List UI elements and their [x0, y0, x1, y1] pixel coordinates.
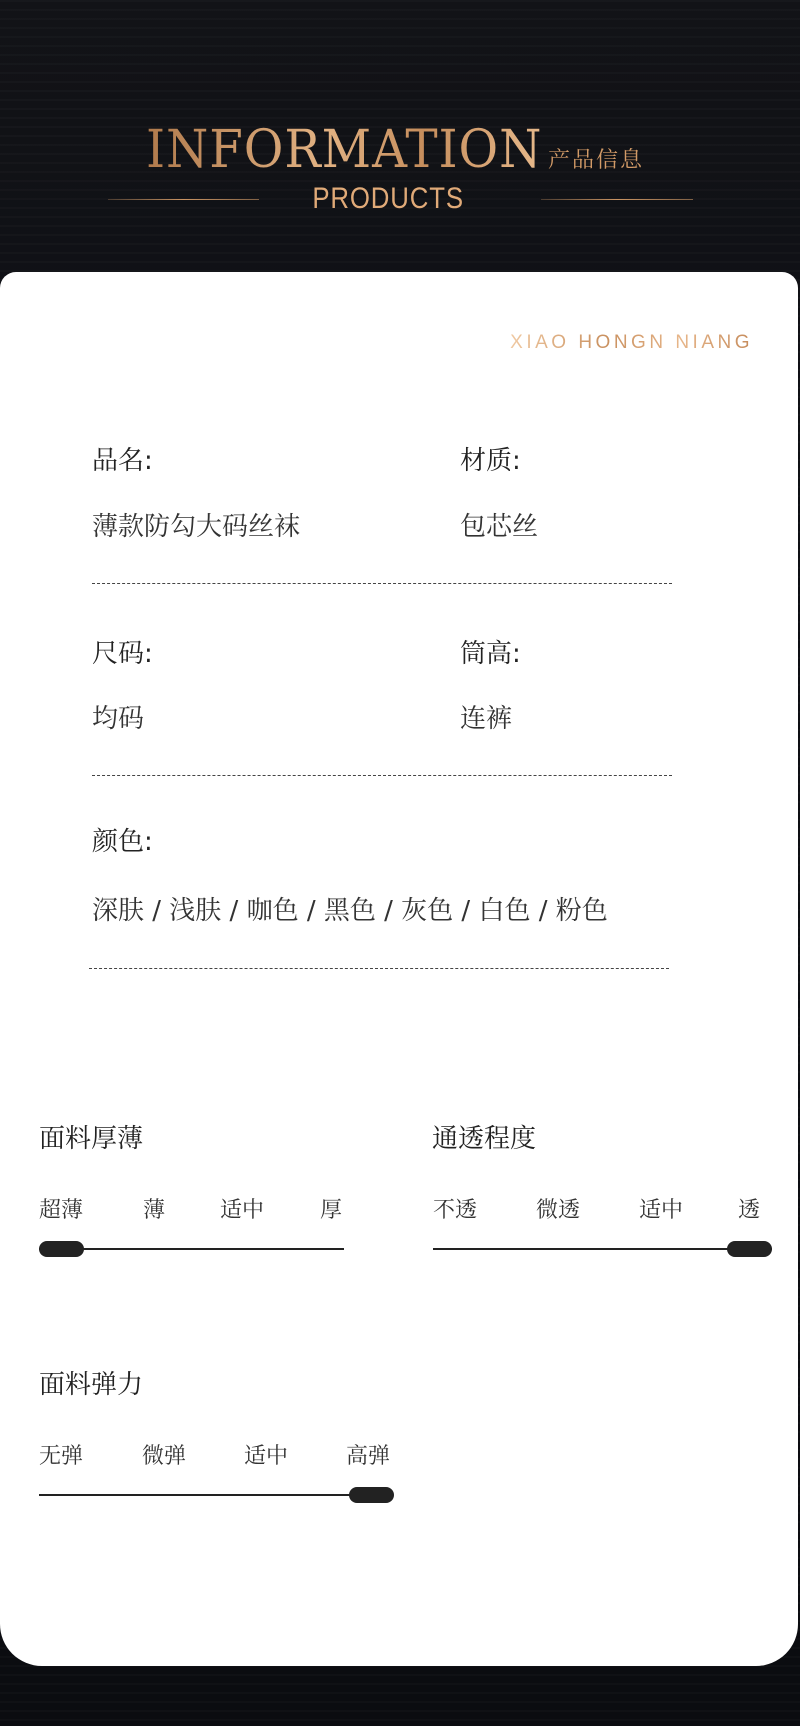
- elasticity-option: 无弹: [39, 1439, 83, 1470]
- divider-left: [108, 199, 259, 200]
- elasticity-option: 适中: [244, 1439, 288, 1470]
- transparency-option: 适中: [639, 1193, 683, 1224]
- elasticity-track: [39, 1494, 393, 1496]
- product-info-card: XIAO HONGN NIANG 品名: 薄款防勾大码丝袜 材质: 包芯丝 尺码…: [0, 272, 798, 1666]
- height-label: 筒高:: [460, 633, 521, 670]
- name-label: 品名:: [92, 440, 153, 477]
- color-value: 深肤 / 浅肤 / 咖色 / 黑色 / 灰色 / 白色 / 粉色: [92, 890, 608, 927]
- divider-right: [541, 199, 693, 200]
- elasticity-indicator: [349, 1487, 394, 1503]
- elasticity-option: 微弹: [142, 1439, 186, 1470]
- transparency-track: [433, 1248, 772, 1250]
- transparency-option: 微透: [536, 1193, 580, 1224]
- transparency-scale: 通透程度 不透 微透 适中 透: [433, 1118, 778, 1268]
- thickness-scale: 面料厚薄 超薄 薄 适中 厚: [39, 1118, 349, 1268]
- header: INFORMATION 产品信息 PRODUCTS: [0, 0, 800, 272]
- title-row: INFORMATION: [146, 118, 572, 178]
- subtitle-products: PRODUCTS: [312, 182, 463, 216]
- title-information: INFORMATION: [146, 122, 542, 178]
- thickness-option: 适中: [220, 1193, 264, 1224]
- material-label: 材质:: [460, 440, 521, 477]
- title-chinese: 产品信息: [548, 143, 644, 174]
- thickness-option: 厚: [320, 1193, 342, 1224]
- thickness-indicator: [39, 1241, 84, 1257]
- elasticity-scale: 面料弹力 无弹 微弹 适中 高弹: [39, 1364, 399, 1514]
- thickness-option: 超薄: [39, 1193, 83, 1224]
- material-value: 包芯丝: [460, 506, 538, 543]
- color-label: 颜色:: [92, 821, 153, 858]
- transparency-title: 通透程度: [432, 1118, 536, 1155]
- size-label: 尺码:: [92, 633, 153, 670]
- transparency-indicator: [727, 1241, 772, 1257]
- thickness-option: 薄: [143, 1193, 165, 1224]
- dashed-divider: [89, 968, 669, 969]
- dashed-divider: [92, 583, 672, 584]
- size-value: 均码: [92, 698, 144, 735]
- dashed-divider: [92, 775, 672, 776]
- elasticity-option: 高弹: [346, 1439, 390, 1470]
- elasticity-title: 面料弹力: [39, 1364, 143, 1401]
- height-value: 连裤: [460, 698, 512, 735]
- brand-name: XIAO HONGN NIANG: [510, 332, 753, 354]
- thickness-track: [39, 1248, 344, 1250]
- transparency-option: 不透: [433, 1193, 477, 1224]
- name-value: 薄款防勾大码丝袜: [92, 506, 300, 543]
- transparency-option: 透: [738, 1193, 760, 1224]
- thickness-title: 面料厚薄: [39, 1118, 143, 1155]
